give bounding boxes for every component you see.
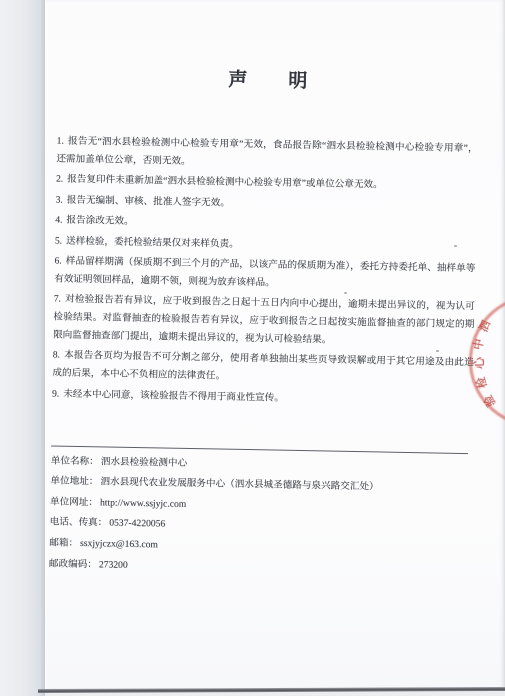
- item-number: 5.: [55, 235, 66, 246]
- item-text: 报告涂改无效。: [66, 215, 133, 227]
- item-text: 未经本中心同意，该检验报告不得用于商业性宣传。: [63, 388, 284, 403]
- item-text: 报告复印件未重新加盖“泗水县检验检测中心检验专用章”或单位公章无效。: [67, 174, 383, 191]
- scanner-background: [0, 0, 45, 696]
- item-text: 对检验报告若有异议，应于收到报告之日起十五日内向中心提出，逾期未提出异议的，视为…: [53, 294, 475, 346]
- footer-label: 单位网址：: [50, 496, 100, 508]
- seal-character: 中: [473, 338, 486, 351]
- footer-label: 单位名称：: [51, 455, 101, 467]
- paper-page: 声 明 1.报告无“泗水县检验检测中心检验专用章”无效，食品报告除“泗水县检验检…: [45, 0, 505, 690]
- footer-label: 单位地址：: [50, 476, 100, 488]
- footer-value: 273200: [99, 559, 128, 571]
- item-text: 报告无编制、审核、批准人签字无效。: [67, 194, 230, 208]
- footer-label: 邮箱：: [49, 537, 80, 549]
- footer-value: 0537-4220056: [109, 518, 165, 530]
- declaration-list: 1.报告无“泗水县检验检测中心检验专用章”无效，食品报告除“泗水县检验检测中心检…: [52, 132, 478, 410]
- footer-value: http://www.ssjyjc.com: [100, 497, 186, 510]
- footer-label: 邮政编码：: [49, 558, 99, 570]
- declaration-item: 7.对检验报告若有异议，应于收到报告之日起十五日内向中心提出，逾期未提出异议的，…: [53, 291, 475, 352]
- declaration-item: 6.样品留样期满（保质期不到三个月的产品，以该产品的保质期为准），委托方持委托单…: [54, 252, 476, 296]
- scanned-declaration-page: 声 明 1.报告无“泗水县检验检测中心检验专用章”无效，食品报告除“泗水县检验检…: [0, 0, 505, 696]
- item-number: 6.: [54, 255, 65, 266]
- item-text: 样品留样期满（保质期不到三个月的产品，以该产品的保质期为准），委托方持委托单、抽…: [54, 256, 475, 289]
- scan-speckle: [436, 350, 439, 352]
- item-text: 本报告各页均为报告不可分割之部分，使用者单独抽出某些页导致误解或用于其它用途及由…: [52, 350, 473, 382]
- page-title: 声 明: [58, 62, 479, 97]
- item-text: 送样检验，委托检验结果仅对来样负责。: [66, 235, 239, 249]
- scan-speckle: [344, 292, 347, 294]
- item-number: 1.: [57, 135, 68, 146]
- page-content: 声 明 1.报告无“泗水县检验检测中心检验专用章”无效，食品报告除“泗水县检验检…: [45, 0, 505, 583]
- scan-speckle: [454, 245, 457, 247]
- item-text: 报告无“泗水县检验检测中心检验专用章”无效，食品报告除“泗水县检验检测中心检验专…: [56, 136, 477, 167]
- item-number: 3.: [56, 194, 67, 205]
- declaration-item: 1.报告无“泗水县检验检测中心检验专用章”无效，食品报告除“泗水县检验检测中心检…: [56, 132, 478, 176]
- item-number: 4.: [55, 215, 66, 226]
- seal-character: 心: [473, 357, 485, 369]
- footer-value: ssxjyjczx@163.com: [80, 538, 158, 550]
- item-number: 7.: [54, 294, 65, 305]
- official-seal-stamp: 泗 中 心 检 验: [469, 295, 505, 427]
- contact-footer: 单位名称：泗水县检验检测中心 单位地址：泗水县现代农业发展服务中心（泗水县城圣德…: [49, 445, 472, 582]
- item-number: 2.: [56, 174, 67, 185]
- footer-value: 泗水县检验检测中心: [101, 456, 188, 469]
- item-number: 8.: [53, 350, 64, 361]
- footer-value: 泗水县现代农业发展服务中心（泗水县城圣德路与泉兴路交汇处）: [100, 477, 378, 493]
- page-edge-shadow: [38, 687, 505, 693]
- footer-label: 电话、传真：: [50, 517, 110, 529]
- declaration-item: 8.本报告各页均为报告不可分割之部分，使用者单独抽出某些页导致误解或用于其它用途…: [52, 347, 474, 391]
- item-number: 9.: [52, 388, 63, 399]
